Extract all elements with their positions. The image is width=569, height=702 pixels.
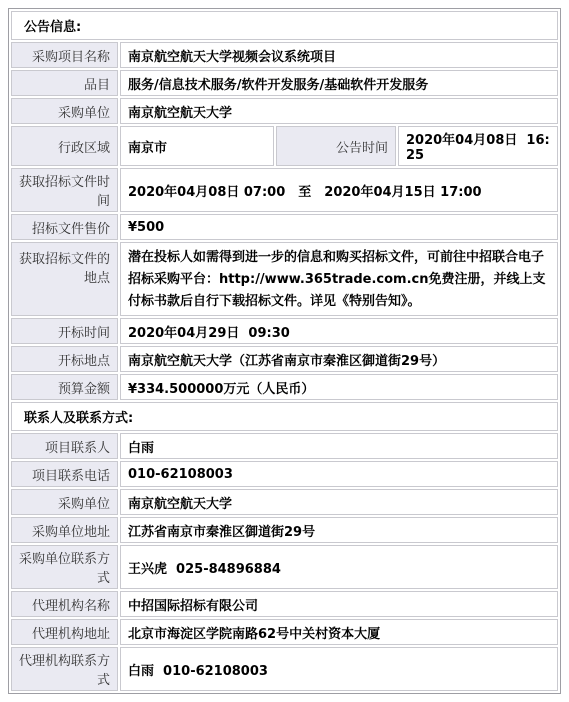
field-value-doc-obtain-place: 潜在投标人如需得到进一步的信息和购买招标文件，可前往中招联合电子招标采购平台：h…	[120, 242, 558, 316]
row-agency-contact: 代理机构联系方式 白雨 010-62108003	[11, 647, 558, 691]
field-label-category: 品目	[11, 70, 118, 96]
field-label-region: 行政区域	[11, 126, 118, 166]
row-bid-open-place: 开标地点 南京航空航天大学（江苏省南京市秦淮区御道街29号）	[11, 346, 558, 372]
field-value-doc-price: ¥500	[120, 214, 558, 240]
row-purchaser-name: 采购单位 南京航空航天大学	[11, 489, 558, 515]
field-value-announce-time: 2020年04月08日 16:25	[398, 126, 558, 166]
row-doc-obtain-time: 获取招标文件时间 2020年04月08日 07:00 至 2020年04月15日…	[11, 168, 558, 212]
row-project-contact: 项目联系人 白雨	[11, 433, 558, 459]
field-value-bid-open-place: 南京航空航天大学（江苏省南京市秦淮区御道街29号）	[120, 346, 558, 372]
field-label-project-phone: 项目联系电话	[11, 461, 118, 487]
row-doc-price: 招标文件售价 ¥500	[11, 214, 558, 240]
field-label-project-contact: 项目联系人	[11, 433, 118, 459]
field-value-doc-obtain-time: 2020年04月08日 07:00 至 2020年04月15日 17:00	[120, 168, 558, 212]
section-announcement-info: 公告信息:	[11, 11, 558, 40]
row-project-phone: 项目联系电话 010-62108003	[11, 461, 558, 487]
row-purchaser-address: 采购单位地址 江苏省南京市秦淮区御道街29号	[11, 517, 558, 543]
field-label-doc-obtain-place: 获取招标文件的地点	[11, 242, 118, 316]
field-label-purchaser: 采购单位	[11, 98, 118, 124]
field-value-agency-name: 中招国际招标有限公司	[120, 591, 558, 617]
field-value-purchaser: 南京航空航天大学	[120, 98, 558, 124]
row-agency-name: 代理机构名称 中招国际招标有限公司	[11, 591, 558, 617]
field-label-doc-price: 招标文件售价	[11, 214, 118, 240]
field-label-bid-open-time: 开标时间	[11, 318, 118, 344]
field-label-budget: 预算金额	[11, 374, 118, 400]
announcement-table: 公告信息: 采购项目名称 南京航空航天大学视频会议系统项目 品目 服务/信息技术…	[8, 8, 561, 694]
row-region-announce-time: 行政区域 南京市 公告时间 2020年04月08日 16:25	[11, 126, 558, 166]
row-agency-address: 代理机构地址 北京市海淀区学院南路62号中关村资本大厦	[11, 619, 558, 645]
field-value-budget: ¥334.500000万元（人民币）	[120, 374, 558, 400]
row-purchaser-contact: 采购单位联系方式 王兴虎 025-84896884	[11, 545, 558, 589]
section-contact-title: 联系人及联系方式:	[11, 402, 558, 431]
field-value-project-name: 南京航空航天大学视频会议系统项目	[120, 42, 558, 68]
page-body: 公告信息: 采购项目名称 南京航空航天大学视频会议系统项目 品目 服务/信息技术…	[0, 0, 569, 702]
field-value-bid-open-time: 2020年04月29日 09:30	[120, 318, 558, 344]
field-label-agency-address: 代理机构地址	[11, 619, 118, 645]
field-label-agency-name: 代理机构名称	[11, 591, 118, 617]
field-label-purchaser-name: 采购单位	[11, 489, 118, 515]
field-value-purchaser-address: 江苏省南京市秦淮区御道街29号	[120, 517, 558, 543]
field-value-project-contact: 白雨	[120, 433, 558, 459]
field-label-agency-contact: 代理机构联系方式	[11, 647, 118, 691]
field-label-doc-obtain-time: 获取招标文件时间	[11, 168, 118, 212]
row-budget: 预算金额 ¥334.500000万元（人民币）	[11, 374, 558, 400]
row-bid-open-time: 开标时间 2020年04月29日 09:30	[11, 318, 558, 344]
field-value-category: 服务/信息技术服务/软件开发服务/基础软件开发服务	[120, 70, 558, 96]
field-value-agency-contact: 白雨 010-62108003	[120, 647, 558, 691]
field-value-agency-address: 北京市海淀区学院南路62号中关村资本大厦	[120, 619, 558, 645]
section-announcement-title: 公告信息:	[11, 11, 558, 40]
row-doc-obtain-place: 获取招标文件的地点 潜在投标人如需得到进一步的信息和购买招标文件，可前往中招联合…	[11, 242, 558, 316]
field-label-bid-open-place: 开标地点	[11, 346, 118, 372]
field-label-purchaser-contact: 采购单位联系方式	[11, 545, 118, 589]
row-project-name: 采购项目名称 南京航空航天大学视频会议系统项目	[11, 42, 558, 68]
field-value-purchaser-name: 南京航空航天大学	[120, 489, 558, 515]
field-label-announce-time: 公告时间	[276, 126, 396, 166]
field-value-project-phone: 010-62108003	[120, 461, 558, 487]
field-value-region: 南京市	[120, 126, 274, 166]
field-label-project-name: 采购项目名称	[11, 42, 118, 68]
section-contact-info: 联系人及联系方式:	[11, 402, 558, 431]
field-value-purchaser-contact: 王兴虎 025-84896884	[120, 545, 558, 589]
row-purchaser: 采购单位 南京航空航天大学	[11, 98, 558, 124]
field-label-purchaser-address: 采购单位地址	[11, 517, 118, 543]
row-category: 品目 服务/信息技术服务/软件开发服务/基础软件开发服务	[11, 70, 558, 96]
